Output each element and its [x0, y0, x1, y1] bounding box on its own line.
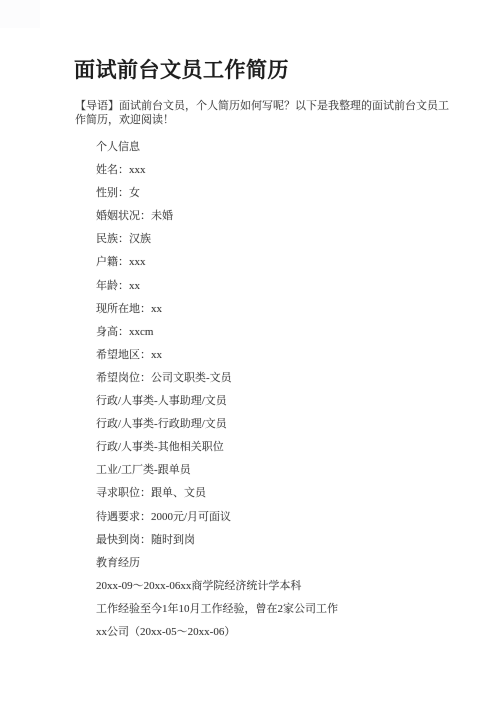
field-desired-position: 希望岗位：公司文职类-文员: [96, 367, 476, 390]
document-title: 面试前台文员工作简历: [74, 60, 289, 81]
field-ethnicity: 民族：汉族: [96, 228, 476, 251]
field-desired-area: 希望地区：xx: [96, 344, 476, 367]
field-salary-requirement: 待遇要求：2000元/月可面议: [96, 506, 476, 529]
field-seeking-position: 寻求职位：跟单、文员: [96, 482, 476, 505]
field-height: 身高：xxcm: [96, 321, 476, 344]
field-position-option-4: 工业/工厂类-跟单员: [96, 459, 476, 482]
section-heading-education: 教育经历: [96, 552, 476, 575]
resume-body: 个人信息 姓名：xxx 性别：女 婚姻状况：未婚 民族：汉族 户籍：xxx 年龄…: [96, 136, 476, 644]
field-name: 姓名：xxx: [96, 159, 476, 182]
field-marital-status: 婚姻状况：未婚: [96, 205, 476, 228]
field-position-option-3: 行政/人事类-其他相关职位: [96, 436, 476, 459]
section-heading-personal-info: 个人信息: [96, 136, 476, 159]
field-gender: 性别：女: [96, 182, 476, 205]
work-experience-summary: 工作经验至今1年10月工作经验，曾在2家公司工作: [96, 598, 476, 621]
work-experience-company: xx公司（20xx-05～20xx-06）: [96, 621, 476, 644]
scan-artifact: [0, 0, 40, 28]
field-current-location: 现所在地：xx: [96, 298, 476, 321]
field-position-option-2: 行政/人事类-行政助理/文员: [96, 413, 476, 436]
resume-document-page: 面试前台文员工作简历 【导语】面试前台文员，个人简历如何写呢？以下是我整理的面试…: [0, 0, 500, 708]
field-household-registration: 户籍：xxx: [96, 251, 476, 274]
field-position-option-1: 行政/人事类-人事助理/文员: [96, 390, 476, 413]
field-availability: 最快到岗：随时到岗: [96, 529, 476, 552]
education-entry: 20xx-09～20xx-06xx商学院经济统计学本科: [96, 575, 476, 598]
intro-paragraph: 【导语】面试前台文员，个人简历如何写呢？以下是我整理的面试前台文员工作简历，欢迎…: [75, 100, 455, 128]
field-age: 年龄：xx: [96, 275, 476, 298]
